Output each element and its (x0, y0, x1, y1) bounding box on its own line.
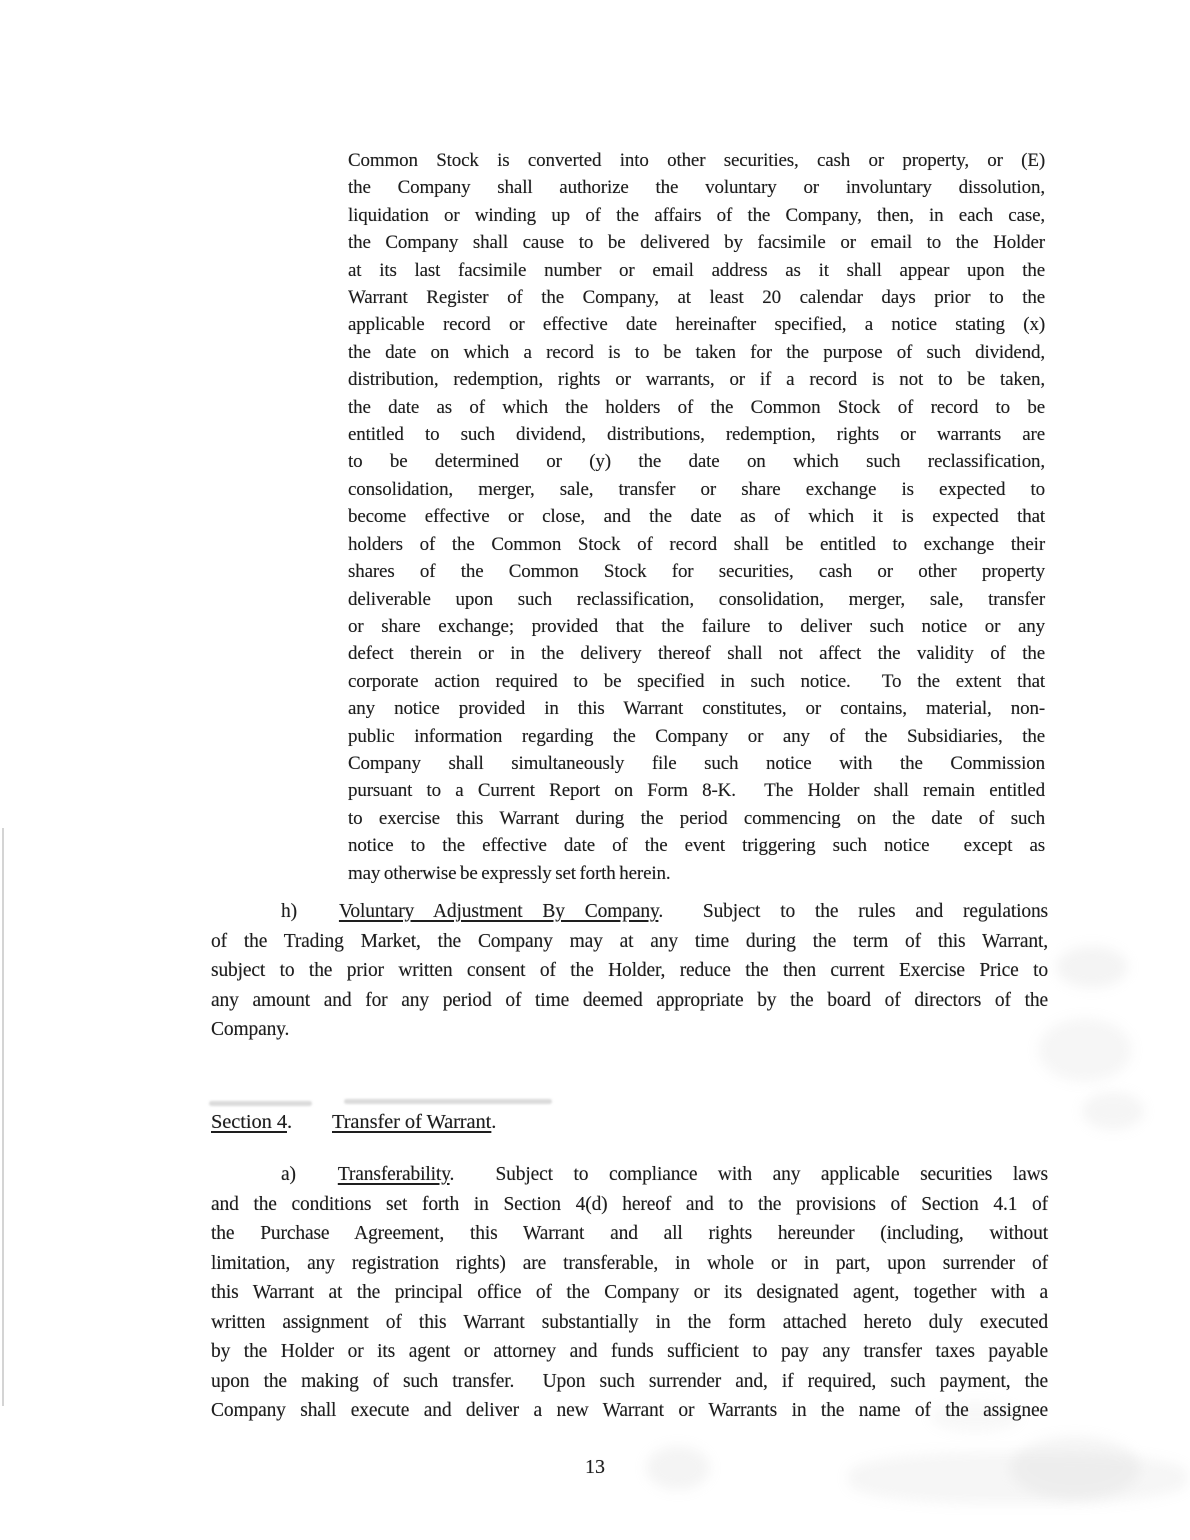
paragraph-line: to be determined or (y) the date on whic… (348, 448, 1045, 475)
paragraph-line: Company shall simultaneously file such n… (348, 750, 1045, 777)
paragraph-line: or share exchange; provided that the fai… (348, 613, 1045, 640)
paragraph-line: upon the making of such transfer. Upon s… (211, 1367, 1048, 1397)
paragraph-a: a)Transferability. Subject to compliance… (211, 1160, 1048, 1426)
section-number: Section 4 (211, 1111, 287, 1133)
paragraph-line: pursuant to a Current Report on Form 8-K… (348, 777, 1045, 804)
paragraph-line: corporate action required to be specifie… (348, 668, 1045, 695)
continuation-paragraph: Common Stock is converted into other sec… (348, 147, 1045, 887)
paragraph-line: the Company shall cause to be delivered … (348, 229, 1045, 256)
paragraph-line: to exercise this Warrant during the peri… (348, 805, 1045, 832)
paragraph-line: Common Stock is converted into other sec… (348, 147, 1045, 174)
section-title: Transfer of Warrant (332, 1111, 491, 1133)
paragraph-h-label: h) (281, 901, 297, 922)
paragraph-line: deliverable upon such reclassification, … (348, 586, 1045, 613)
scan-artifact-left-edge-line (2, 828, 4, 1406)
paragraph-line: liquidation or winding up of the affairs… (348, 202, 1045, 229)
paragraph-h: h)Voluntary Adjustment By Company. Subje… (211, 897, 1048, 1045)
scan-artifact-smudge (1082, 1092, 1144, 1130)
page-footer: 13 (0, 1456, 1190, 1479)
paragraph-h-first-line: h)Voluntary Adjustment By Company. Subje… (211, 897, 1048, 927)
paragraph-line: limitation, any registration rights) are… (211, 1249, 1048, 1279)
paragraph-line: shares of the Common Stock for securitie… (348, 558, 1045, 585)
paragraph-line: and the conditions set forth in Section … (211, 1190, 1048, 1220)
scan-artifact-smudge (1038, 1018, 1132, 1082)
paragraph-line: subject to the prior written consent of … (211, 956, 1048, 986)
paragraph-line: holders of the Common Stock of record sh… (348, 531, 1045, 558)
paragraph-a-label: a) (281, 1164, 296, 1185)
scan-artifact-ghost-streak (344, 1099, 552, 1104)
paragraph-line: the date on which a record is to be take… (348, 339, 1045, 366)
paragraph-line: the date as of which the holders of the … (348, 394, 1045, 421)
paragraph-line: distribution, redemption, rights or warr… (348, 366, 1045, 393)
section-number-period: . (287, 1111, 292, 1133)
paragraph-line: defect therein or in the delivery thereo… (348, 640, 1045, 667)
paragraph-line: may otherwise be expressly set forth her… (348, 860, 1045, 887)
paragraph-line: of the Trading Market, the Company may a… (211, 927, 1048, 957)
document-page: Common Stock is converted into other sec… (0, 0, 1190, 1540)
paragraph-a-lines: and the conditions set forth in Section … (211, 1190, 1048, 1426)
paragraph-line: applicable record or effective date here… (348, 311, 1045, 338)
paragraph-line: any amount and for any period of time de… (211, 986, 1048, 1016)
section-title-period: . (491, 1111, 496, 1133)
scan-artifact-ghost-streak (209, 1101, 312, 1106)
paragraph-line: this Warrant at the principal office of … (211, 1278, 1048, 1308)
paragraph-line: at its last facsimile number or email ad… (348, 257, 1045, 284)
paragraph-h-lines: of the Trading Market, the Company may a… (211, 927, 1048, 1045)
paragraph-line: written assignment of this Warrant subst… (211, 1308, 1048, 1338)
page-number: 13 (585, 1456, 605, 1478)
section-heading: Section 4.Transfer of Warrant. (211, 1107, 496, 1137)
paragraph-line: the Company shall authorize the voluntar… (348, 174, 1045, 201)
paragraph-a-heading: Transferability (338, 1164, 450, 1185)
paragraph-line: entitled to such dividend, distributions… (348, 421, 1045, 448)
paragraph-line: Warrant Register of the Company, at leas… (348, 284, 1045, 311)
scan-artifact-smudge (1056, 946, 1128, 988)
paragraph-line: consolidation, merger, sale, transfer or… (348, 476, 1045, 503)
paragraph-h-heading: Voluntary Adjustment By Company (339, 901, 658, 922)
paragraph-h-first-line-text: . Subject to the rules and regulations (658, 901, 1048, 922)
paragraph-line: notice to the effective date of the even… (348, 832, 1045, 859)
paragraph-line: become effective or close, and the date … (348, 503, 1045, 530)
paragraph-line: any notice provided in this Warrant cons… (348, 695, 1045, 722)
paragraph-line: Company shall execute and deliver a new … (211, 1396, 1048, 1426)
paragraph-line: public information regarding the Company… (348, 723, 1045, 750)
paragraph-line: by the Holder or its agent or attorney a… (211, 1337, 1048, 1367)
paragraph-line: Company. (211, 1015, 1048, 1045)
paragraph-line: the Purchase Agreement, this Warrant and… (211, 1219, 1048, 1249)
paragraph-a-first-line-text: . Subject to compliance with any applica… (450, 1164, 1048, 1185)
paragraph-a-first-line: a)Transferability. Subject to compliance… (211, 1160, 1048, 1190)
